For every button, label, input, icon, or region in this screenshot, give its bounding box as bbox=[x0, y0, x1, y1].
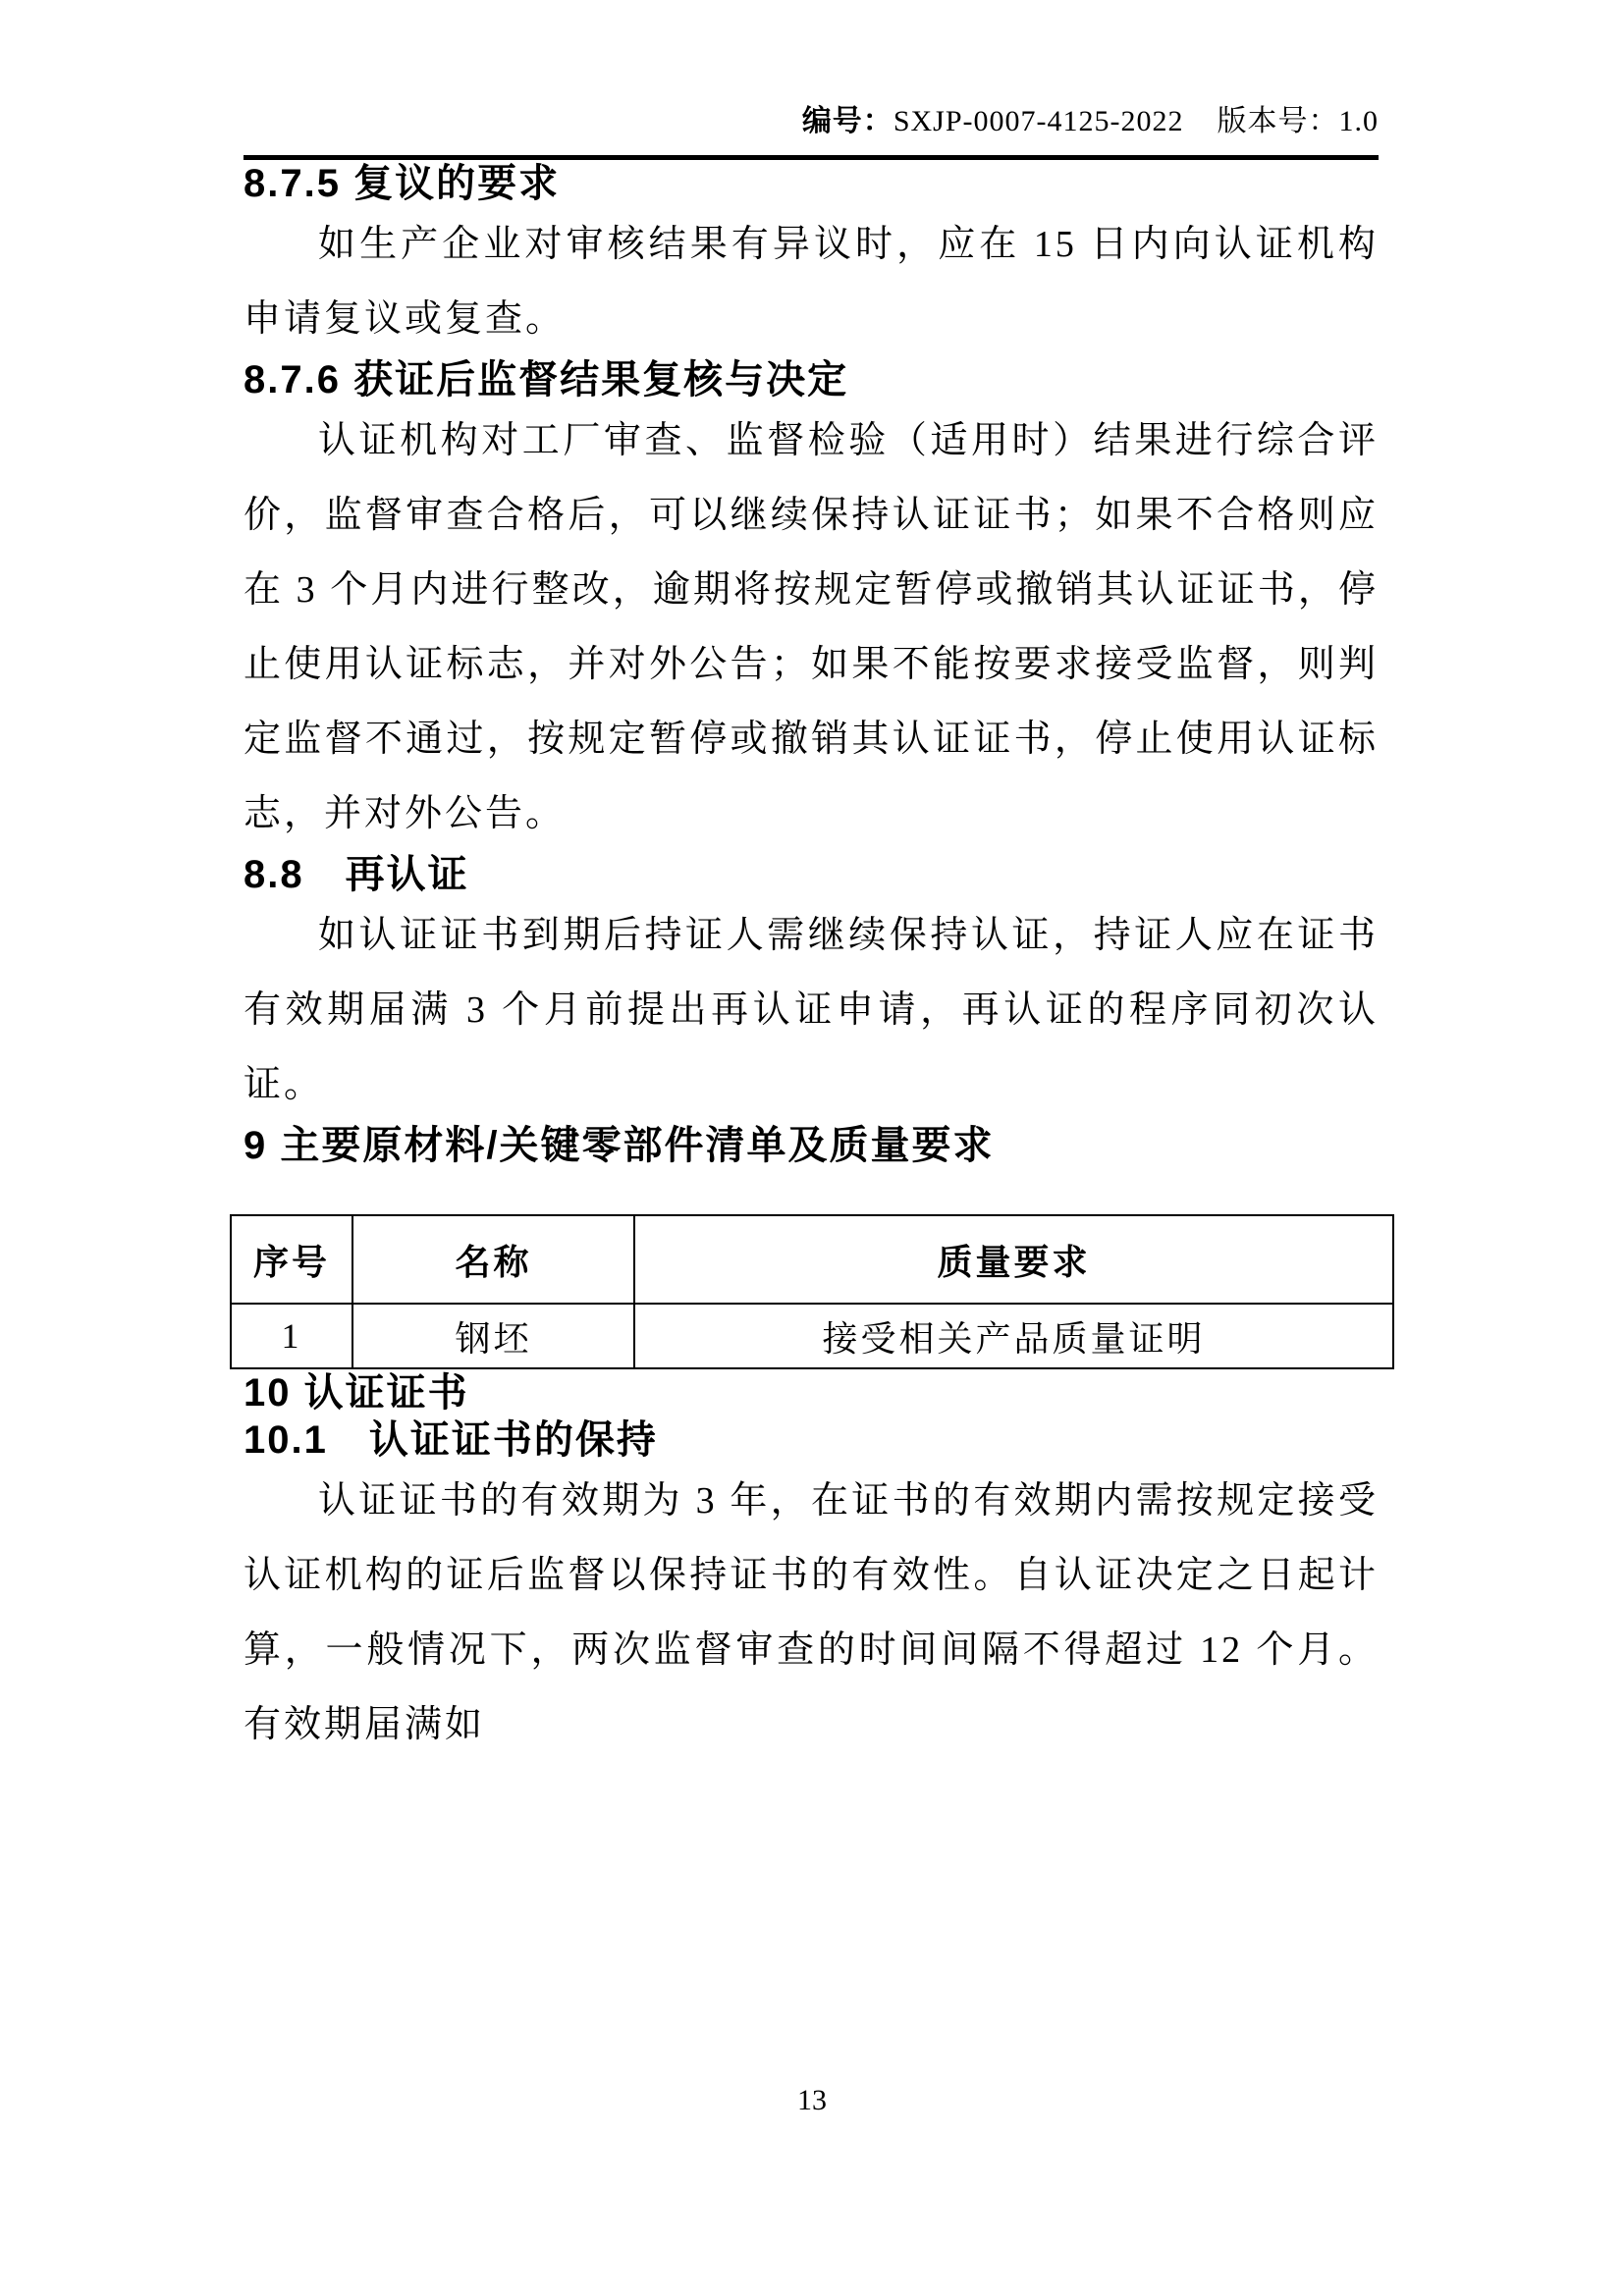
paragraph-8-8: 如认证证书到期后持证人需继续保持认证，持证人应在证书有效期届满 3 个月前提出再… bbox=[244, 898, 1379, 1122]
doc-number-value: SXJP-0007-4125-2022 bbox=[893, 105, 1184, 137]
heading-10: 10 认证证书 bbox=[244, 1369, 1379, 1416]
doc-number-label: 编号： bbox=[802, 105, 893, 137]
heading-8-7-5: 8.7.5 复议的要求 bbox=[244, 160, 1379, 207]
table-cell-requirement: 接受相关产品质量证明 bbox=[634, 1304, 1393, 1368]
table-row: 1 钢坯 接受相关产品质量证明 bbox=[231, 1304, 1393, 1368]
table-header-index: 序号 bbox=[231, 1215, 352, 1304]
doc-version-value: 1.0 bbox=[1339, 105, 1380, 137]
doc-version-label: 版本号： bbox=[1218, 105, 1339, 137]
heading-10-1: 10.1 认证证书的保持 bbox=[244, 1416, 1379, 1464]
table-cell-name: 钢坯 bbox=[352, 1304, 634, 1368]
paragraph-10-1: 认证证书的有效期为 3 年，在证书的有效期内需按规定接受认证机构的证后监督以保持… bbox=[244, 1464, 1379, 1762]
document-page: 编号：SXJP-0007-4125-2022版本号：1.0 8.7.5 复议的要… bbox=[0, 0, 1624, 2296]
page-number: 13 bbox=[0, 2083, 1624, 2118]
table-header-requirement: 质量要求 bbox=[634, 1215, 1393, 1304]
table-cell-index: 1 bbox=[231, 1304, 352, 1368]
heading-9: 9 主要原材料/关键零部件清单及质量要求 bbox=[244, 1122, 1379, 1169]
table-header-name: 名称 bbox=[352, 1215, 634, 1304]
paragraph-8-7-5: 如生产企业对审核结果有异议时，应在 15 日内向认证机构申请复议或复查。 bbox=[244, 207, 1379, 356]
document-header: 编号：SXJP-0007-4125-2022版本号：1.0 bbox=[244, 104, 1379, 139]
materials-table: 序号 名称 质量要求 1 钢坯 接受相关产品质量证明 bbox=[230, 1214, 1394, 1369]
paragraph-8-7-6: 认证机构对工厂审查、监督检验（适用时）结果进行综合评价，监督审查合格后，可以继续… bbox=[244, 403, 1379, 851]
heading-8-8: 8.8 再认证 bbox=[244, 851, 1379, 898]
heading-8-7-6: 8.7.6 获证后监督结果复核与决定 bbox=[244, 356, 1379, 403]
table-header-row: 序号 名称 质量要求 bbox=[231, 1215, 1393, 1304]
